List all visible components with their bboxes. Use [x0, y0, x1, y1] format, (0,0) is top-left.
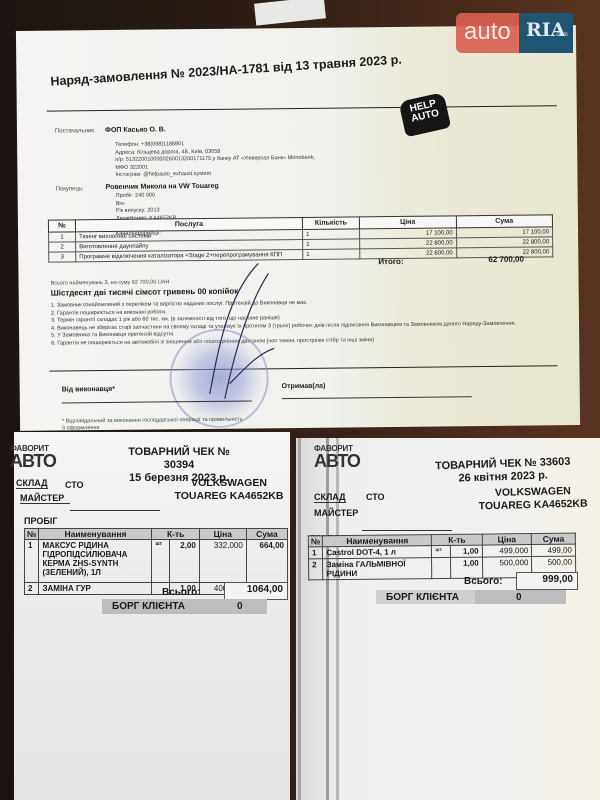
total-value: 62 700,00: [488, 255, 524, 264]
buyer-label: Покупець:: [56, 186, 84, 192]
receipt-total-value: 1064,00: [224, 582, 288, 600]
autoria-watermark-logo: auto RIA.com: [456, 13, 573, 53]
signature-scribble: [198, 253, 280, 404]
supplier-name: ФОП Касько О. В.: [105, 126, 166, 134]
client-debt: БОРГ КЛІЄНТА 0: [102, 599, 267, 614]
terms-list: 1. Замовник ознайомлений з переліком та …: [51, 298, 531, 349]
executor-label: Від виконавця*: [62, 386, 115, 394]
favorit-avto-logo: ФАВОРИТ АВТО: [314, 444, 360, 469]
terms-divider: [49, 365, 557, 371]
receipt-car: VOLKSWAGEN TOUAREG KA4652KB: [164, 477, 294, 503]
supplier-label: Постачальник:: [55, 128, 96, 134]
total-label: Итого:: [378, 257, 403, 266]
received-label: Отримав(ла): [282, 383, 326, 390]
master-label: МАЙСТЕР: [314, 508, 358, 518]
receipt-total-label: Всього:: [162, 587, 201, 598]
favorit-avto-logo: ФАВОРИТ АВТО: [10, 444, 56, 469]
work-order-document: Наряд-замовлення № 2023/НА-1781 від 13 т…: [16, 25, 580, 431]
title-divider: [47, 105, 557, 111]
work-order-title: Наряд-замовлення № 2023/НА-1781 від 13 т…: [50, 53, 402, 89]
receipt-total-label: Всього:: [464, 576, 503, 587]
received-signature-line: [282, 396, 472, 399]
table-row: 1 МАКСУС РІДИНА ГІДРОПІДСИЛЮВАЧА КЕРМА Z…: [25, 540, 288, 583]
warehouse-label: СКЛАД: [16, 478, 48, 489]
receipt-2: ФАВОРИТ АВТО ТОВАРНИЙ ЧЕК № 33603 26 кві…: [296, 438, 600, 800]
master-label: МАЙСТЕР: [20, 493, 70, 504]
sum-line: Всього найменувань 3, на суму 62 700,00 …: [51, 279, 170, 286]
receipt-title: ТОВАРНИЙ ЧЕК № 33603 26 квітня 2023 р.: [428, 455, 579, 486]
receipt-car: VOLKSWAGEN TOUAREG KA4652KB: [468, 484, 599, 513]
buyer-name: Ровенчик Микола на VW Touareg: [106, 183, 219, 191]
client-debt: БОРГ КЛІЄНТА 0: [376, 590, 566, 604]
warehouse-label: СКЛАД: [314, 492, 346, 503]
services-table: № Послуга Кількість Ціна Сума 1 Тюнінг в…: [48, 214, 553, 262]
footnote: * Відповідальний за виконання господарсь…: [62, 417, 243, 433]
supplier-details: Телефон: +38(098)1188901 Адреса: Кільцев…: [115, 140, 315, 180]
warehouse-value: СТО: [65, 480, 84, 490]
receipt-total-value: 999,00: [516, 572, 578, 590]
mileage-label: ПРОБІГ: [24, 516, 57, 526]
warehouse-value: СТО: [366, 492, 385, 502]
help-auto-logo: HELP AUTO: [398, 92, 451, 137]
receipt-1: ФАВОРИТ АВТО ТОВАРНИЙ ЧЕК № 30394 15 бер…: [14, 432, 290, 800]
